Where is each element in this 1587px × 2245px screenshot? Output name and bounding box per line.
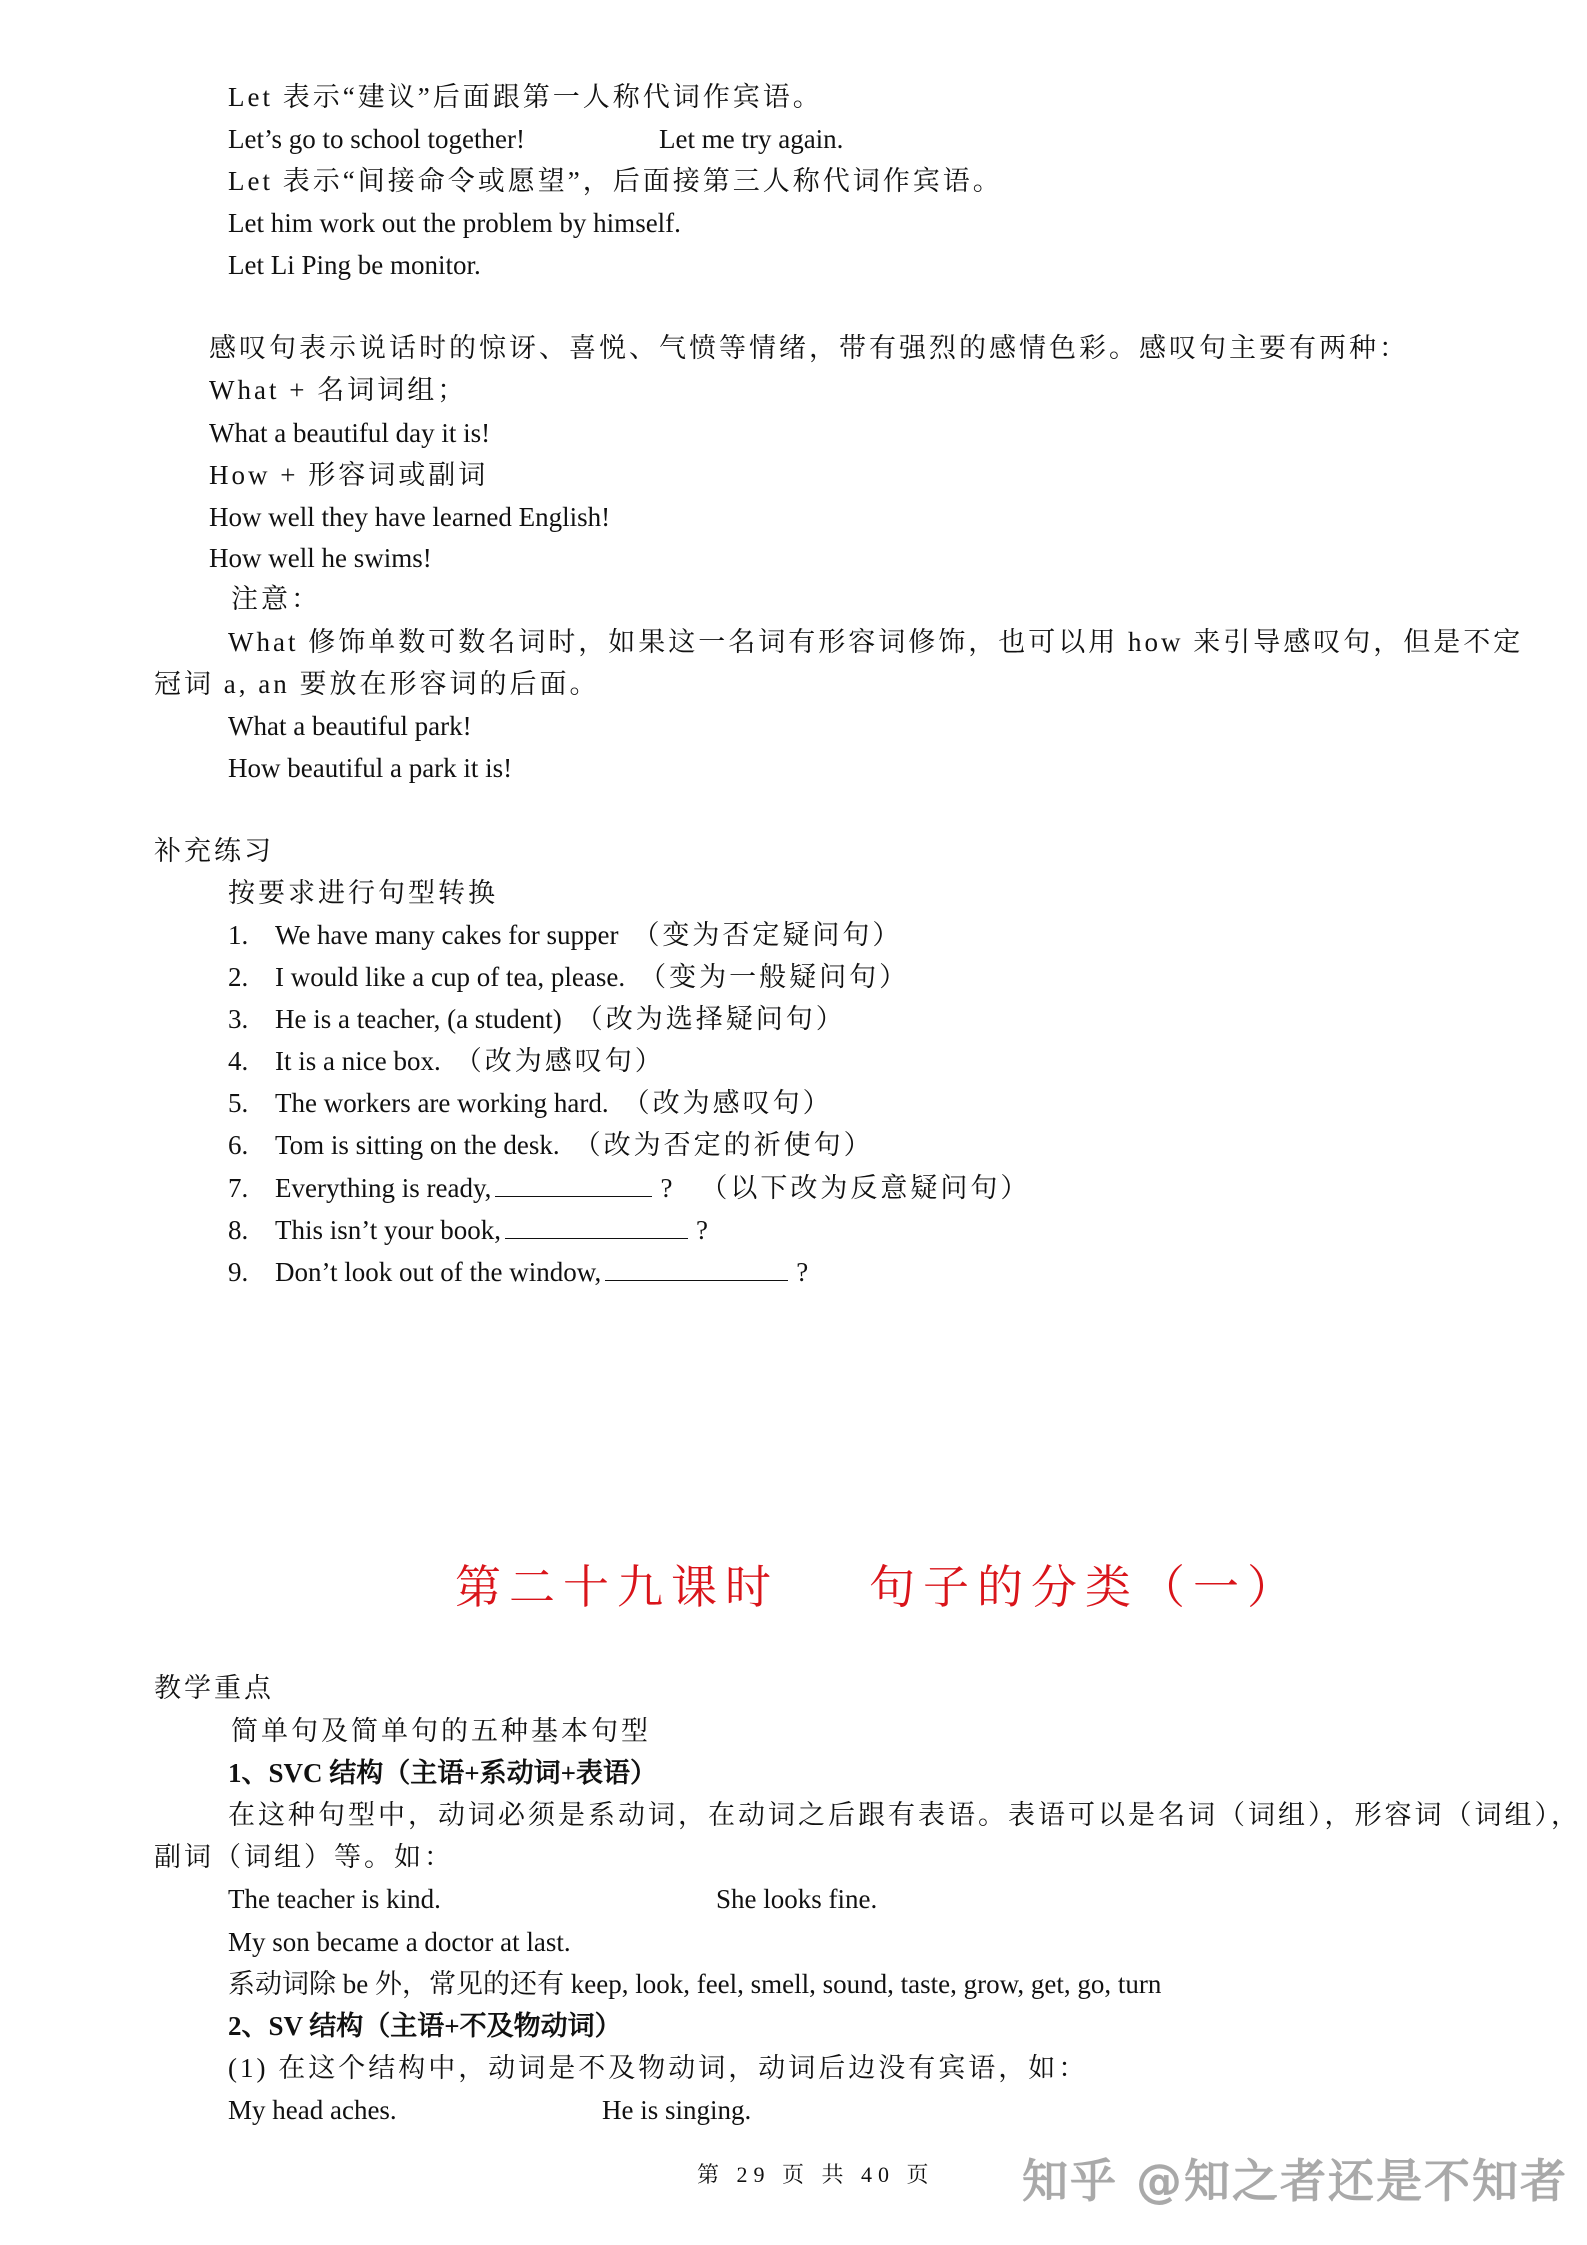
svc-example-1: The teacher is kind.: [228, 1878, 441, 1920]
exercise-sentence: We have many cakes for supper: [275, 920, 618, 950]
note-example-1: What a beautiful park!: [228, 705, 472, 747]
let-example-together: Let’s go to school together!: [228, 118, 525, 160]
exercise-hint: （改为感叹句）: [455, 1046, 665, 1076]
exercise-hint: （改为否定的祈使句）: [574, 1130, 874, 1160]
sv-example-2: He is singing.: [602, 2089, 751, 2131]
exercise-number: 6.: [228, 1124, 275, 1166]
exercise-hint: （改为感叹句）: [623, 1088, 833, 1118]
linking-verbs-list: 系动词除 be 外，常见的还有 keep, look, feel, smell,…: [228, 1963, 1161, 2005]
exercise-sentence: The workers are working hard.: [275, 1088, 609, 1118]
exercise-sentence: This isn’t your book,: [275, 1215, 501, 1245]
answer-blank[interactable]: [605, 1252, 788, 1281]
exercise-number: 8.: [228, 1209, 275, 1251]
exercise-item: 8.This isn’t your book,?: [228, 1209, 708, 1251]
exercise-item: 4.It is a nice box.（改为感叹句）: [228, 1040, 665, 1082]
zhihu-watermark: 知乎 @知之者还是不知者: [1022, 2153, 1568, 2209]
exercise-hint: （变为一般疑问句）: [639, 962, 909, 992]
how-example-2: How well he swims!: [209, 537, 432, 579]
exercise-hint: （改为选择疑问句）: [576, 1004, 846, 1034]
exercise-number: 9.: [228, 1251, 275, 1293]
svc-description-2: 副词（词组）等。如：: [154, 1836, 454, 1878]
question-mark: ?: [696, 1215, 708, 1245]
exercise-item: 6.Tom is sitting on the desk.（改为否定的祈使句）: [228, 1124, 874, 1166]
how-example-1: How well they have learned English!: [209, 496, 610, 538]
exercise-number: 7.: [228, 1167, 275, 1209]
answer-blank[interactable]: [495, 1168, 652, 1197]
svc-example-3: My son became a doctor at last.: [228, 1921, 571, 1963]
teaching-focus-label: 教学重点: [154, 1667, 274, 1709]
how-pattern: How + 形容词或副词: [209, 454, 488, 496]
let-suggestion-rule: Let 表示“建议”后面跟第一人称代词作宾语。: [228, 76, 823, 118]
exercise-sentence: I would like a cup of tea, please.: [275, 962, 625, 992]
what-pattern: What + 名词词组；: [209, 369, 467, 411]
exercise-number: 1.: [228, 914, 275, 956]
exercise-item: 2.I would like a cup of tea, please.（变为一…: [228, 956, 909, 998]
exercise-hint: （以下改为反意疑问句）: [700, 1173, 1030, 1203]
exercise-sentence: He is a teacher, (a student): [275, 1004, 562, 1034]
svc-structure-title: 1、SVC 结构（主语+系动词+表语）: [228, 1752, 657, 1794]
exercise-item: 1.We have many cakes for supper（变为否定疑问句）: [228, 914, 902, 956]
lesson-topic: 句子的分类（一）: [869, 1560, 1301, 1614]
lesson-heading: 第二十九课时句子的分类（一）: [455, 1557, 1301, 1617]
exercise-sentence: It is a nice box.: [275, 1046, 441, 1076]
note-label: 注意：: [231, 578, 321, 620]
exclamation-intro: 感叹句表示说话时的惊讶、喜悦、气愤等情绪，带有强烈的感情色彩。感叹句主要有两种：: [209, 327, 1409, 369]
exercise-number: 2.: [228, 956, 275, 998]
exercise-number: 3.: [228, 998, 275, 1040]
exercise-number: 4.: [228, 1040, 275, 1082]
what-example: What a beautiful day it is!: [209, 412, 490, 454]
exercise-sentence: Don’t look out of the window,: [275, 1257, 601, 1287]
let-example-monitor: Let Li Ping be monitor.: [228, 244, 481, 286]
exercise-item: 9.Don’t look out of the window,?: [228, 1251, 808, 1293]
svc-description-1: 在这种句型中，动词必须是系动词，在动词之后跟有表语。表语可以是名词（词组），形容…: [228, 1794, 1581, 1836]
sv-example-1: My head aches.: [228, 2089, 397, 2131]
exercise-sentence: Everything is ready,: [275, 1173, 491, 1203]
exercise-number: 5.: [228, 1082, 275, 1124]
let-indirect-command-rule: Let 表示“间接命令或愿望”，后面接第三人称代词作宾语。: [228, 160, 1003, 202]
svc-example-2: She looks fine.: [716, 1878, 877, 1920]
sv-description: (1) 在这个结构中，动词是不及物动词，动词后边没有宾语，如：: [228, 2047, 1088, 2089]
let-example-try-again: Let me try again.: [659, 118, 843, 160]
note-example-2: How beautiful a park it is!: [228, 747, 512, 789]
sv-structure-title: 2、SV 结构（主语+不及物动词）: [228, 2005, 622, 2047]
question-mark: ?: [796, 1257, 808, 1287]
exercise-item: 3.He is a teacher, (a student)（改为选择疑问句）: [228, 998, 846, 1040]
question-mark: ?: [660, 1173, 672, 1203]
exercises-title: 补充练习: [154, 830, 274, 872]
exercise-sentence: Tom is sitting on the desk.: [275, 1130, 560, 1160]
exercise-item: 7.Everything is ready,?（以下改为反意疑问句）: [228, 1167, 1030, 1209]
lesson-number: 第二十九课时: [455, 1560, 779, 1614]
note-line-1: What 修饰单数可数名词时，如果这一名词有形容词修饰，也可以用 how 来引导…: [228, 621, 1523, 663]
note-line-2: 冠词 a, an 要放在形容词的后面。: [154, 663, 599, 705]
let-example-himself: Let him work out the problem by himself.: [228, 202, 681, 244]
answer-blank[interactable]: [505, 1210, 688, 1239]
exercise-item: 5.The workers are working hard.（改为感叹句）: [228, 1082, 833, 1124]
page-number-footer: 第 29 页 共 40 页: [697, 2160, 935, 2190]
exercise-hint: （变为否定疑问句）: [632, 920, 902, 950]
teaching-focus-text: 简单句及简单句的五种基本句型: [231, 1710, 651, 1752]
exercises-instruction: 按要求进行句型转换: [228, 872, 498, 914]
